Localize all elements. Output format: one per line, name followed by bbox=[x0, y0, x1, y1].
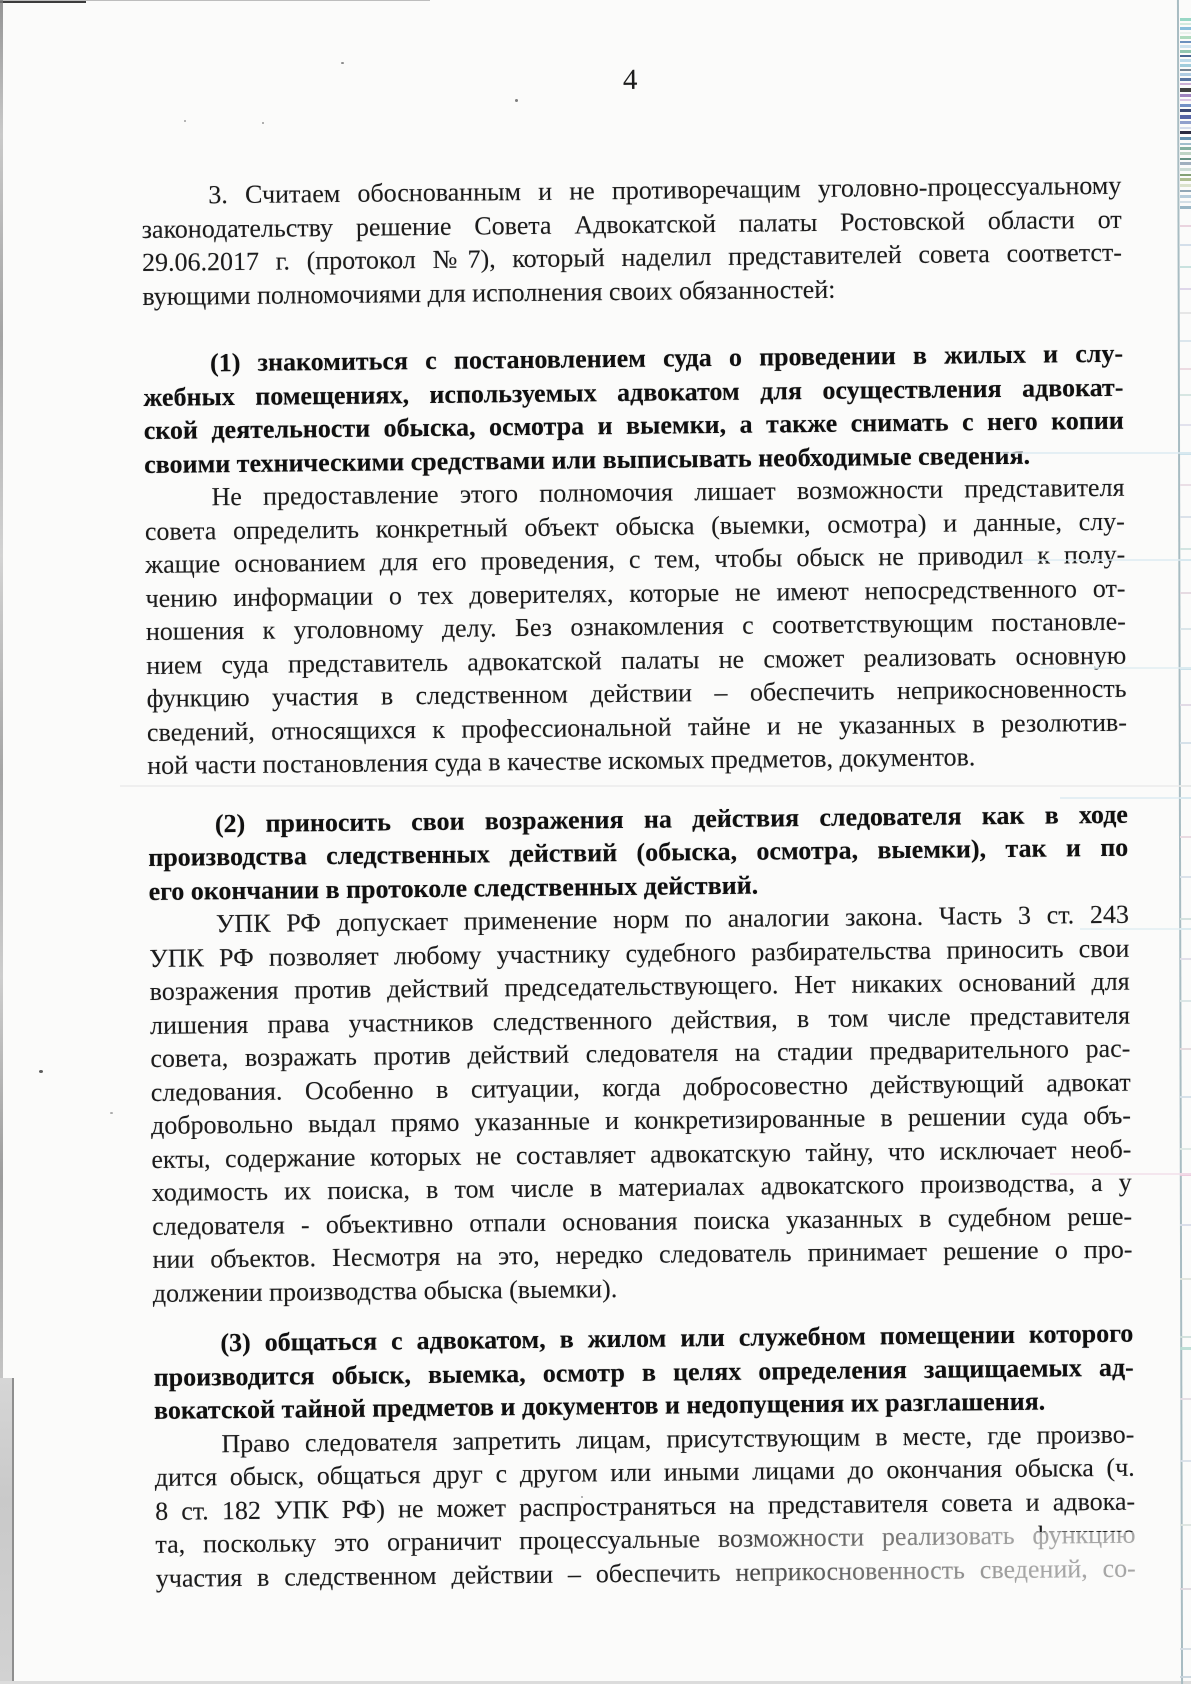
scan-color-tick bbox=[1180, 1347, 1191, 1350]
section-3-body: Право следователя запретить лицам, прису… bbox=[154, 1417, 1136, 1595]
scan-color-tick bbox=[1180, 55, 1191, 57]
scan-artifact-bottom-left-strip bbox=[0, 1378, 14, 1684]
scan-color-tick bbox=[1180, 1524, 1191, 1526]
scan-speck bbox=[110, 1112, 113, 1114]
scan-color-tick bbox=[1180, 1148, 1191, 1150]
scan-color-tick bbox=[1180, 312, 1191, 314]
scan-color-tick bbox=[1180, 1398, 1191, 1400]
scan-color-tick bbox=[1180, 162, 1191, 165]
scan-color-tick bbox=[1180, 88, 1191, 92]
scan-speck bbox=[341, 62, 344, 64]
scan-color-tick bbox=[1180, 104, 1191, 107]
scan-color-tick bbox=[1180, 876, 1191, 878]
section-1-body: Не предоставление этого полномочия лишае… bbox=[144, 471, 1127, 783]
scan-color-tick bbox=[1180, 452, 1191, 455]
scan-color-tick bbox=[1180, 797, 1191, 799]
scan-color-tick bbox=[1180, 73, 1191, 76]
scan-artifact-top-edge-dark bbox=[0, 0, 86, 3]
scan-color-tick bbox=[1180, 559, 1191, 561]
paragraph-intro: 3. Считаем обоснованным и не противореча… bbox=[141, 169, 1122, 313]
scan-color-tick bbox=[1180, 45, 1191, 48]
scan-color-tick bbox=[1180, 1676, 1191, 1678]
scan-color-tick bbox=[1180, 190, 1191, 192]
scan-color-tick bbox=[1180, 225, 1191, 227]
scan-color-tick bbox=[1180, 131, 1191, 134]
document-body: 3. Считаем обоснованным и не противореча… bbox=[141, 169, 1136, 1595]
scan-color-tick bbox=[1180, 64, 1191, 67]
scan-color-tick bbox=[1180, 340, 1191, 342]
section-2-heading: (2) приносить свои возражения на действи… bbox=[148, 797, 1129, 908]
scan-color-tick bbox=[1180, 1648, 1191, 1650]
scan-color-tick bbox=[1180, 288, 1191, 290]
section-1-heading: (1) знакомиться с постановлением суда о … bbox=[143, 337, 1124, 481]
scan-color-tick bbox=[1180, 83, 1191, 85]
scan-color-tick bbox=[1180, 178, 1191, 181]
scan-color-tick bbox=[1180, 78, 1191, 81]
scan-color-tick bbox=[1180, 836, 1191, 838]
scan-color-tick bbox=[1180, 94, 1191, 97]
scan-color-tick bbox=[1180, 1048, 1191, 1050]
scan-color-tick bbox=[1180, 143, 1191, 145]
scan-color-tick bbox=[1180, 484, 1191, 486]
scan-color-tick bbox=[1180, 1278, 1191, 1280]
scan-color-tick bbox=[1180, 201, 1191, 203]
scan-color-tick bbox=[1180, 195, 1191, 198]
scan-color-tick bbox=[1180, 206, 1191, 209]
scan-color-tick bbox=[1180, 1336, 1191, 1338]
scan-artifact-left-edge bbox=[0, 0, 3, 1684]
scan-color-tick bbox=[1180, 137, 1191, 140]
scan-color-tick bbox=[1180, 23, 1191, 25]
scan-color-tick bbox=[1180, 548, 1191, 550]
scan-color-tick bbox=[1180, 1096, 1191, 1098]
scan-artifact-strip-boundary-line bbox=[1177, 0, 1183, 1684]
scan-color-tick bbox=[1180, 121, 1191, 124]
scan-color-tick bbox=[1180, 27, 1191, 30]
scan-color-tick bbox=[1180, 152, 1191, 155]
scan-color-tick bbox=[1180, 592, 1191, 594]
scan-color-tick bbox=[1180, 516, 1191, 518]
scan-color-tick bbox=[1180, 742, 1191, 744]
scan-color-tick bbox=[1180, 1224, 1191, 1226]
scan-color-tick bbox=[1180, 1588, 1191, 1590]
section-3-heading: (3) общаться с адвокатом, в жилом или сл… bbox=[153, 1317, 1134, 1428]
scan-color-tick bbox=[1180, 368, 1191, 370]
scan-color-tick bbox=[1180, 785, 1191, 787]
page-number: 4 bbox=[140, 58, 1120, 102]
scan-color-tick bbox=[1180, 50, 1191, 53]
scan-color-tick bbox=[1180, 667, 1191, 670]
scan-color-tick bbox=[1180, 99, 1191, 101]
scan-color-tick bbox=[1180, 168, 1191, 171]
scan-color-tick bbox=[1180, 115, 1191, 119]
scan-color-tick bbox=[1180, 41, 1191, 43]
scanned-document-page: 4 3. Считаем обоснованным и не противоре… bbox=[0, 0, 1191, 1684]
scan-color-tick bbox=[1180, 244, 1191, 246]
scan-color-tick bbox=[1180, 266, 1191, 268]
scan-color-tick bbox=[1180, 424, 1191, 426]
scan-color-tick bbox=[1180, 184, 1191, 187]
scan-color-tick bbox=[1180, 174, 1191, 176]
scan-color-tick bbox=[1180, 1173, 1191, 1176]
scan-color-tick bbox=[1180, 918, 1191, 920]
section-2-body: УПК РФ допускает применение норм по анал… bbox=[149, 898, 1133, 1310]
scan-color-tick bbox=[1180, 394, 1191, 396]
scan-color-tick bbox=[1180, 1460, 1191, 1462]
scan-color-tick bbox=[1180, 59, 1191, 62]
scan-speck bbox=[39, 1070, 43, 1073]
scan-color-tick bbox=[1180, 928, 1191, 930]
scan-skew-wrapper: 4 3. Считаем обоснованным и не противоре… bbox=[140, 58, 1136, 1595]
scan-color-tick bbox=[1180, 704, 1191, 706]
scan-color-tick bbox=[1180, 69, 1191, 71]
scan-color-tick bbox=[1180, 1000, 1191, 1002]
scan-color-tick bbox=[1180, 109, 1191, 112]
scan-artifact-top-edge-faint bbox=[0, 0, 430, 1]
scan-color-tick bbox=[1180, 127, 1191, 129]
scan-color-tick bbox=[1180, 958, 1191, 960]
scan-color-tick bbox=[1180, 32, 1191, 34]
scan-color-tick bbox=[1180, 18, 1191, 21]
scan-color-tick bbox=[1180, 36, 1191, 39]
scan-color-tick bbox=[1180, 147, 1191, 150]
scan-color-tick bbox=[1180, 158, 1191, 160]
scan-color-tick bbox=[1180, 628, 1191, 630]
